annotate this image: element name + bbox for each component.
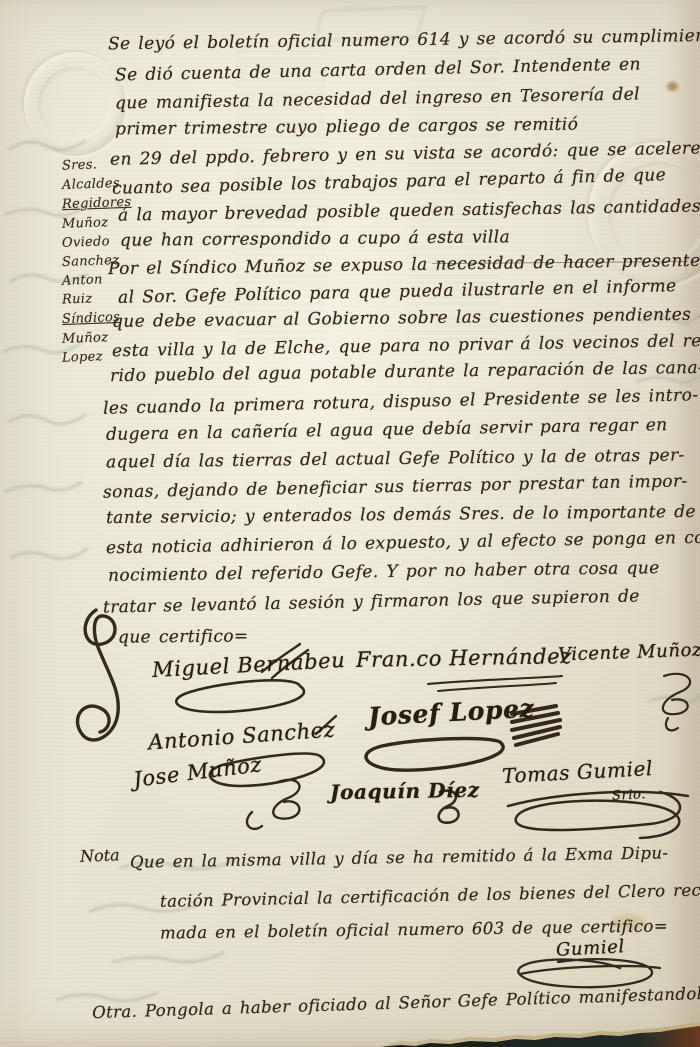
body-line: aquel día las tierras del actual Gefe Po… — [106, 445, 685, 472]
margin-note: Muñoz — [62, 330, 109, 347]
signature-francisco-hernandez: Fran.co Hernández — [356, 644, 572, 672]
body-line: que manifiesta la necesidad del ingreso … — [115, 84, 640, 113]
body-line: Se dió cuenta de una carta orden del Sor… — [115, 54, 641, 85]
margin-note: Oviedo — [62, 234, 110, 251]
body-line: primer trimestre cuyo pliego de cargos s… — [115, 115, 579, 140]
margin-note: Sres. — [62, 157, 98, 173]
body-line: esta villa y la de Elche, que para no pr… — [112, 331, 700, 362]
body-line: que han correspondido a cupo á esta vill… — [120, 227, 510, 250]
margin-note: Muñoz — [62, 215, 109, 232]
signature-antonio-sanchez: Antonio Sanchez — [147, 717, 336, 754]
body-line: nocimiento del referido Gefe. Y por no h… — [108, 558, 660, 586]
body-line: cuanto sea posible los trabajos para el … — [112, 165, 667, 199]
addendum-line: Otra. Pongola a haber oficiado al Señor … — [92, 983, 700, 1022]
nota-line: Que en la misma villa y día se ha remiti… — [130, 843, 669, 871]
body-line-certify: que certifico= — [118, 626, 249, 647]
body-line: que debe evacuar al Gobierno sobre las c… — [112, 304, 700, 332]
body-line: Se leyó el boletín oficial numero 614 y … — [108, 26, 700, 55]
signature-jose-munoz: Jose Muñoz — [132, 752, 263, 792]
body-line: dugera en la cañería el agua que debía s… — [106, 415, 668, 445]
body-line: esta noticia adhirieron á lo expuesto, y… — [106, 528, 700, 559]
manuscript-page: Sres. Alcaldes Regidores Muñoz Oviedo Sa… — [0, 0, 700, 1047]
margin-note: Ruiz — [62, 291, 93, 307]
embossed-seal-left — [24, 52, 126, 156]
signature-gumiel-nota: Gumiel — [555, 936, 625, 961]
signature-joaquin-diez: Joaquín Díez — [330, 778, 480, 805]
signature-tomas-gumiel: Tomas Gumiel — [501, 756, 653, 788]
body-line: rido pueblo del agua potable durante la … — [110, 358, 700, 386]
signature-josef-lopez: Josef Lopez — [367, 694, 535, 732]
margin-note: Lopez — [62, 349, 103, 365]
body-line: tratar se levantó la sesión y firmaron l… — [103, 586, 640, 617]
body-line: les cuando la primera rotura, dispuso el… — [103, 385, 699, 419]
nota-line: tación Provincial la certificación de lo… — [160, 880, 700, 911]
margin-note: Anton — [62, 272, 103, 288]
body-line: al Sor. Gefe Político para que pueda ilu… — [118, 276, 677, 308]
body-line: Por el Síndico Muñoz se expuso la necesi… — [108, 251, 700, 279]
signature-secretary-title: Srio. — [612, 787, 647, 804]
signature-vicente-munoz: Vicente Muñoz — [558, 639, 700, 665]
nota-label: Nota — [80, 845, 120, 865]
paper-stain — [667, 82, 678, 91]
signature-miguel-bernabeu: Miguel Bernabeu — [152, 648, 346, 682]
body-line: sonas, dejando de beneficiar sus tierras… — [103, 471, 688, 502]
body-line: tante servicio; y enterados los demás Sr… — [106, 502, 696, 528]
